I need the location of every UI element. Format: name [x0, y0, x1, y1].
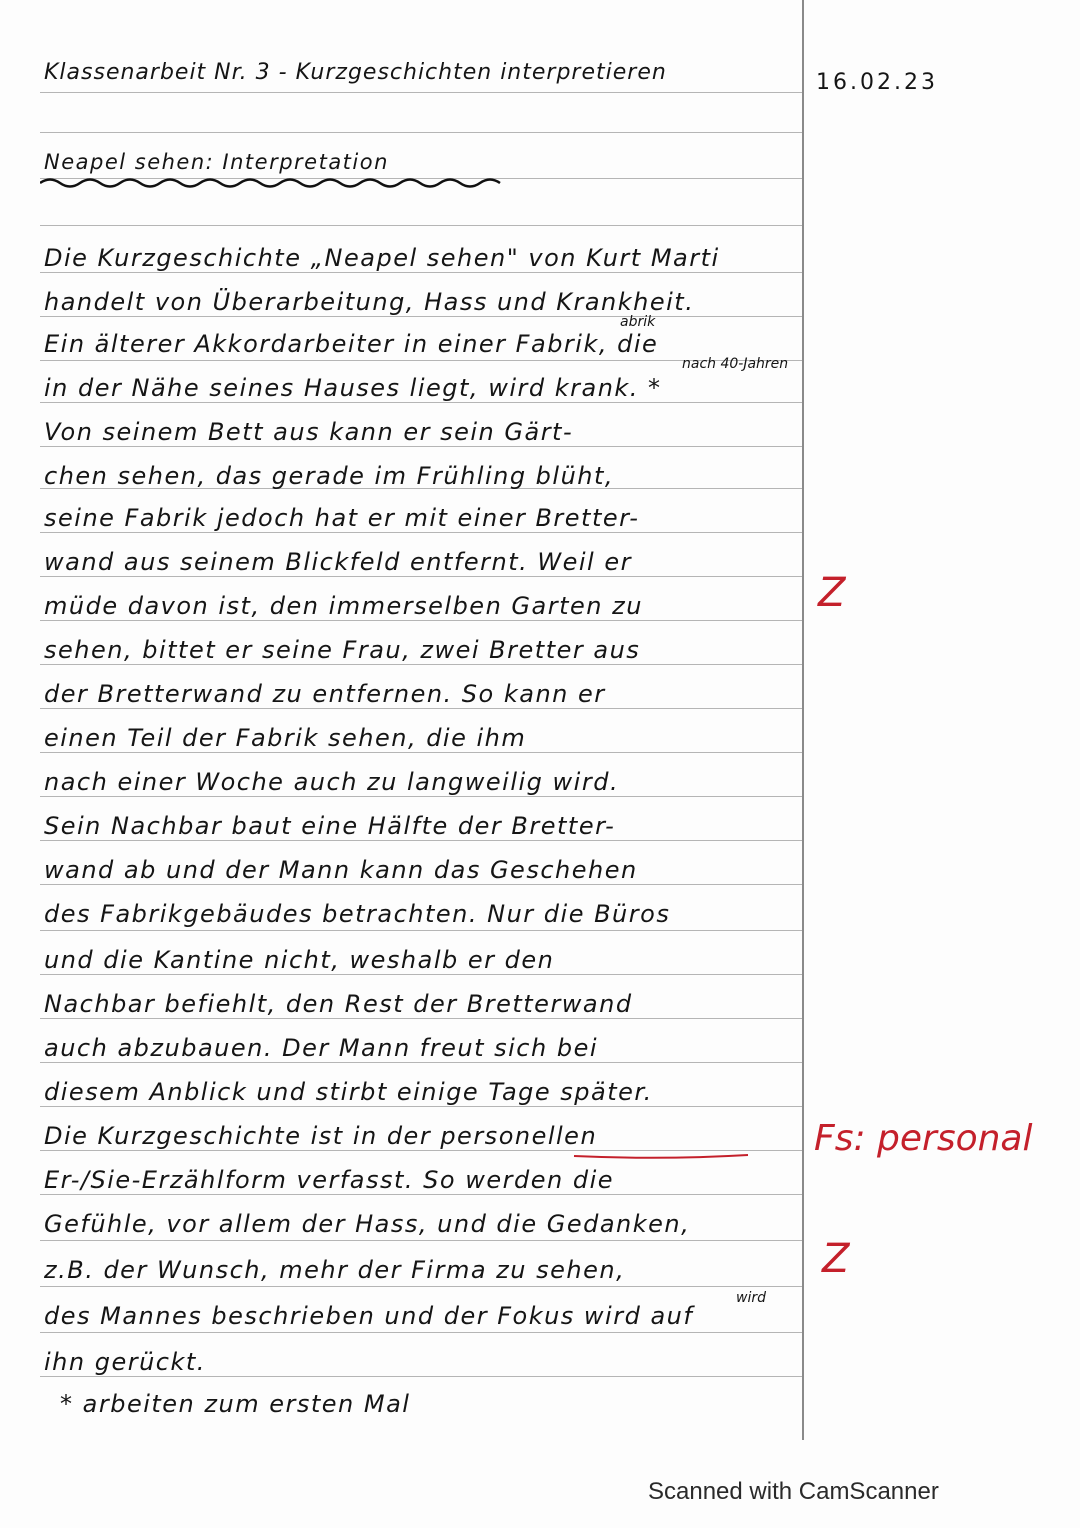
- text-line: nach einer Woche auch zu langweilig wird…: [44, 768, 619, 796]
- text-line: einen Teil der Fabrik sehen, die ihm: [44, 724, 526, 752]
- text-line: sehen, bittet er seine Frau, zwei Brette…: [44, 636, 640, 664]
- text-line: in der Nähe seines Hauses liegt, wird kr…: [44, 374, 662, 402]
- text-line: ihn gerückt.: [44, 1348, 206, 1376]
- ruled-line: [40, 664, 802, 665]
- ruled-line: [40, 1018, 802, 1019]
- text-line: wand aus seinem Blickfeld entfernt. Weil…: [44, 548, 632, 576]
- ruled-line: [40, 1286, 802, 1287]
- margin-line: [802, 0, 804, 1440]
- ruled-line: [40, 1376, 802, 1377]
- text-line: chen sehen, das gerade im Frühling blüht…: [44, 462, 614, 490]
- ruled-line: [40, 752, 802, 753]
- ruled-line: [40, 272, 802, 273]
- ruled-line: [40, 840, 802, 841]
- ruled-line: [40, 316, 802, 317]
- title-text: Klassenarbeit Nr. 3 - Kurzgeschichten in…: [44, 60, 667, 85]
- ruled-line: [40, 1106, 802, 1107]
- text-line: Er-/Sie-Erzählform verfasst. So werden d…: [44, 1166, 614, 1194]
- text-line: Von seinem Bett aus kann er sein Gärt-: [44, 418, 573, 446]
- text-line: diesem Anblick und stirbt einige Tage sp…: [44, 1078, 653, 1106]
- ruled-line: [40, 1194, 802, 1195]
- text-line: Ein älterer Akkordarbeiter in einer Fabr…: [44, 330, 658, 358]
- red-underline: [572, 1152, 752, 1160]
- correction-mark-z: Z: [822, 1236, 849, 1282]
- ruled-line: [40, 1240, 802, 1241]
- text-line: z.B. der Wunsch, mehr der Firma zu sehen…: [44, 1256, 625, 1284]
- text-line: des Fabrikgebäudes betrachten. Nur die B…: [44, 900, 670, 928]
- text-line: müde davon ist, den immerselben Garten z…: [44, 592, 643, 620]
- page-title: Klassenarbeit Nr. 3 - Kurzgeschichten in…: [44, 60, 667, 85]
- text-line: des Mannes beschrieben und der Fokus wir…: [44, 1302, 693, 1330]
- ruled-line: [40, 1062, 802, 1063]
- ruled-line: [40, 225, 802, 226]
- ruled-line: [40, 532, 802, 533]
- subtitle: Neapel sehen: Interpretation: [44, 150, 389, 174]
- ruled-line: [40, 92, 802, 93]
- ruled-line: [40, 796, 802, 797]
- date: 16.02.23: [816, 70, 938, 95]
- footnote: * arbeiten zum ersten Mal: [60, 1390, 410, 1418]
- word-insert: wird: [736, 1290, 766, 1306]
- text-line: Die Kurzgeschichte „Neapel sehen" von Ku…: [44, 244, 720, 272]
- text-line: und die Kantine nicht, weshalb er den: [44, 946, 554, 974]
- text-line: Sein Nachbar baut eine Hälfte der Brette…: [44, 812, 615, 840]
- ruled-line: [40, 974, 802, 975]
- ruled-line: [40, 930, 802, 931]
- teacher-note-personal: Fs: personal: [814, 1118, 1033, 1159]
- ruled-line: [40, 132, 802, 133]
- ruled-line: [40, 708, 802, 709]
- correction-insert: abrik: [620, 314, 655, 330]
- text-line: wand ab und der Mann kann das Geschehen: [44, 856, 638, 884]
- text-line: handelt von Überarbeitung, Hass und Kran…: [44, 288, 694, 316]
- ruled-line: [40, 1150, 802, 1151]
- ruled-line: [40, 1332, 802, 1333]
- text-line: Die Kurzgeschichte ist in der personelle…: [44, 1122, 597, 1150]
- correction-mark-z: Z: [818, 570, 845, 616]
- ruled-line: [40, 884, 802, 885]
- scanner-watermark: Scanned with CamScanner: [648, 1478, 939, 1506]
- text-line: auch abzubauen. Der Mann freut sich bei: [44, 1034, 598, 1062]
- wavy-underline: [40, 176, 510, 190]
- ruled-line: [40, 576, 802, 577]
- text-line: Gefühle, vor allem der Hass, und die Ged…: [44, 1210, 690, 1238]
- scanned-page: Klassenarbeit Nr. 3 - Kurzgeschichten in…: [0, 0, 1080, 1528]
- ruled-line: [40, 402, 802, 403]
- text-line-part: Die Kurzgeschichte ist in der personelle…: [44, 1122, 597, 1150]
- text-line: seine Fabrik jedoch hat er mit einer Bre…: [44, 504, 639, 532]
- ruled-line: [40, 620, 802, 621]
- text-line: Nachbar befiehlt, den Rest der Bretterwa…: [44, 990, 633, 1018]
- margin-insert: nach 40-Jahren: [682, 356, 788, 372]
- ruled-line: [40, 446, 802, 447]
- text-line: der Bretterwand zu entfernen. So kann er: [44, 680, 606, 708]
